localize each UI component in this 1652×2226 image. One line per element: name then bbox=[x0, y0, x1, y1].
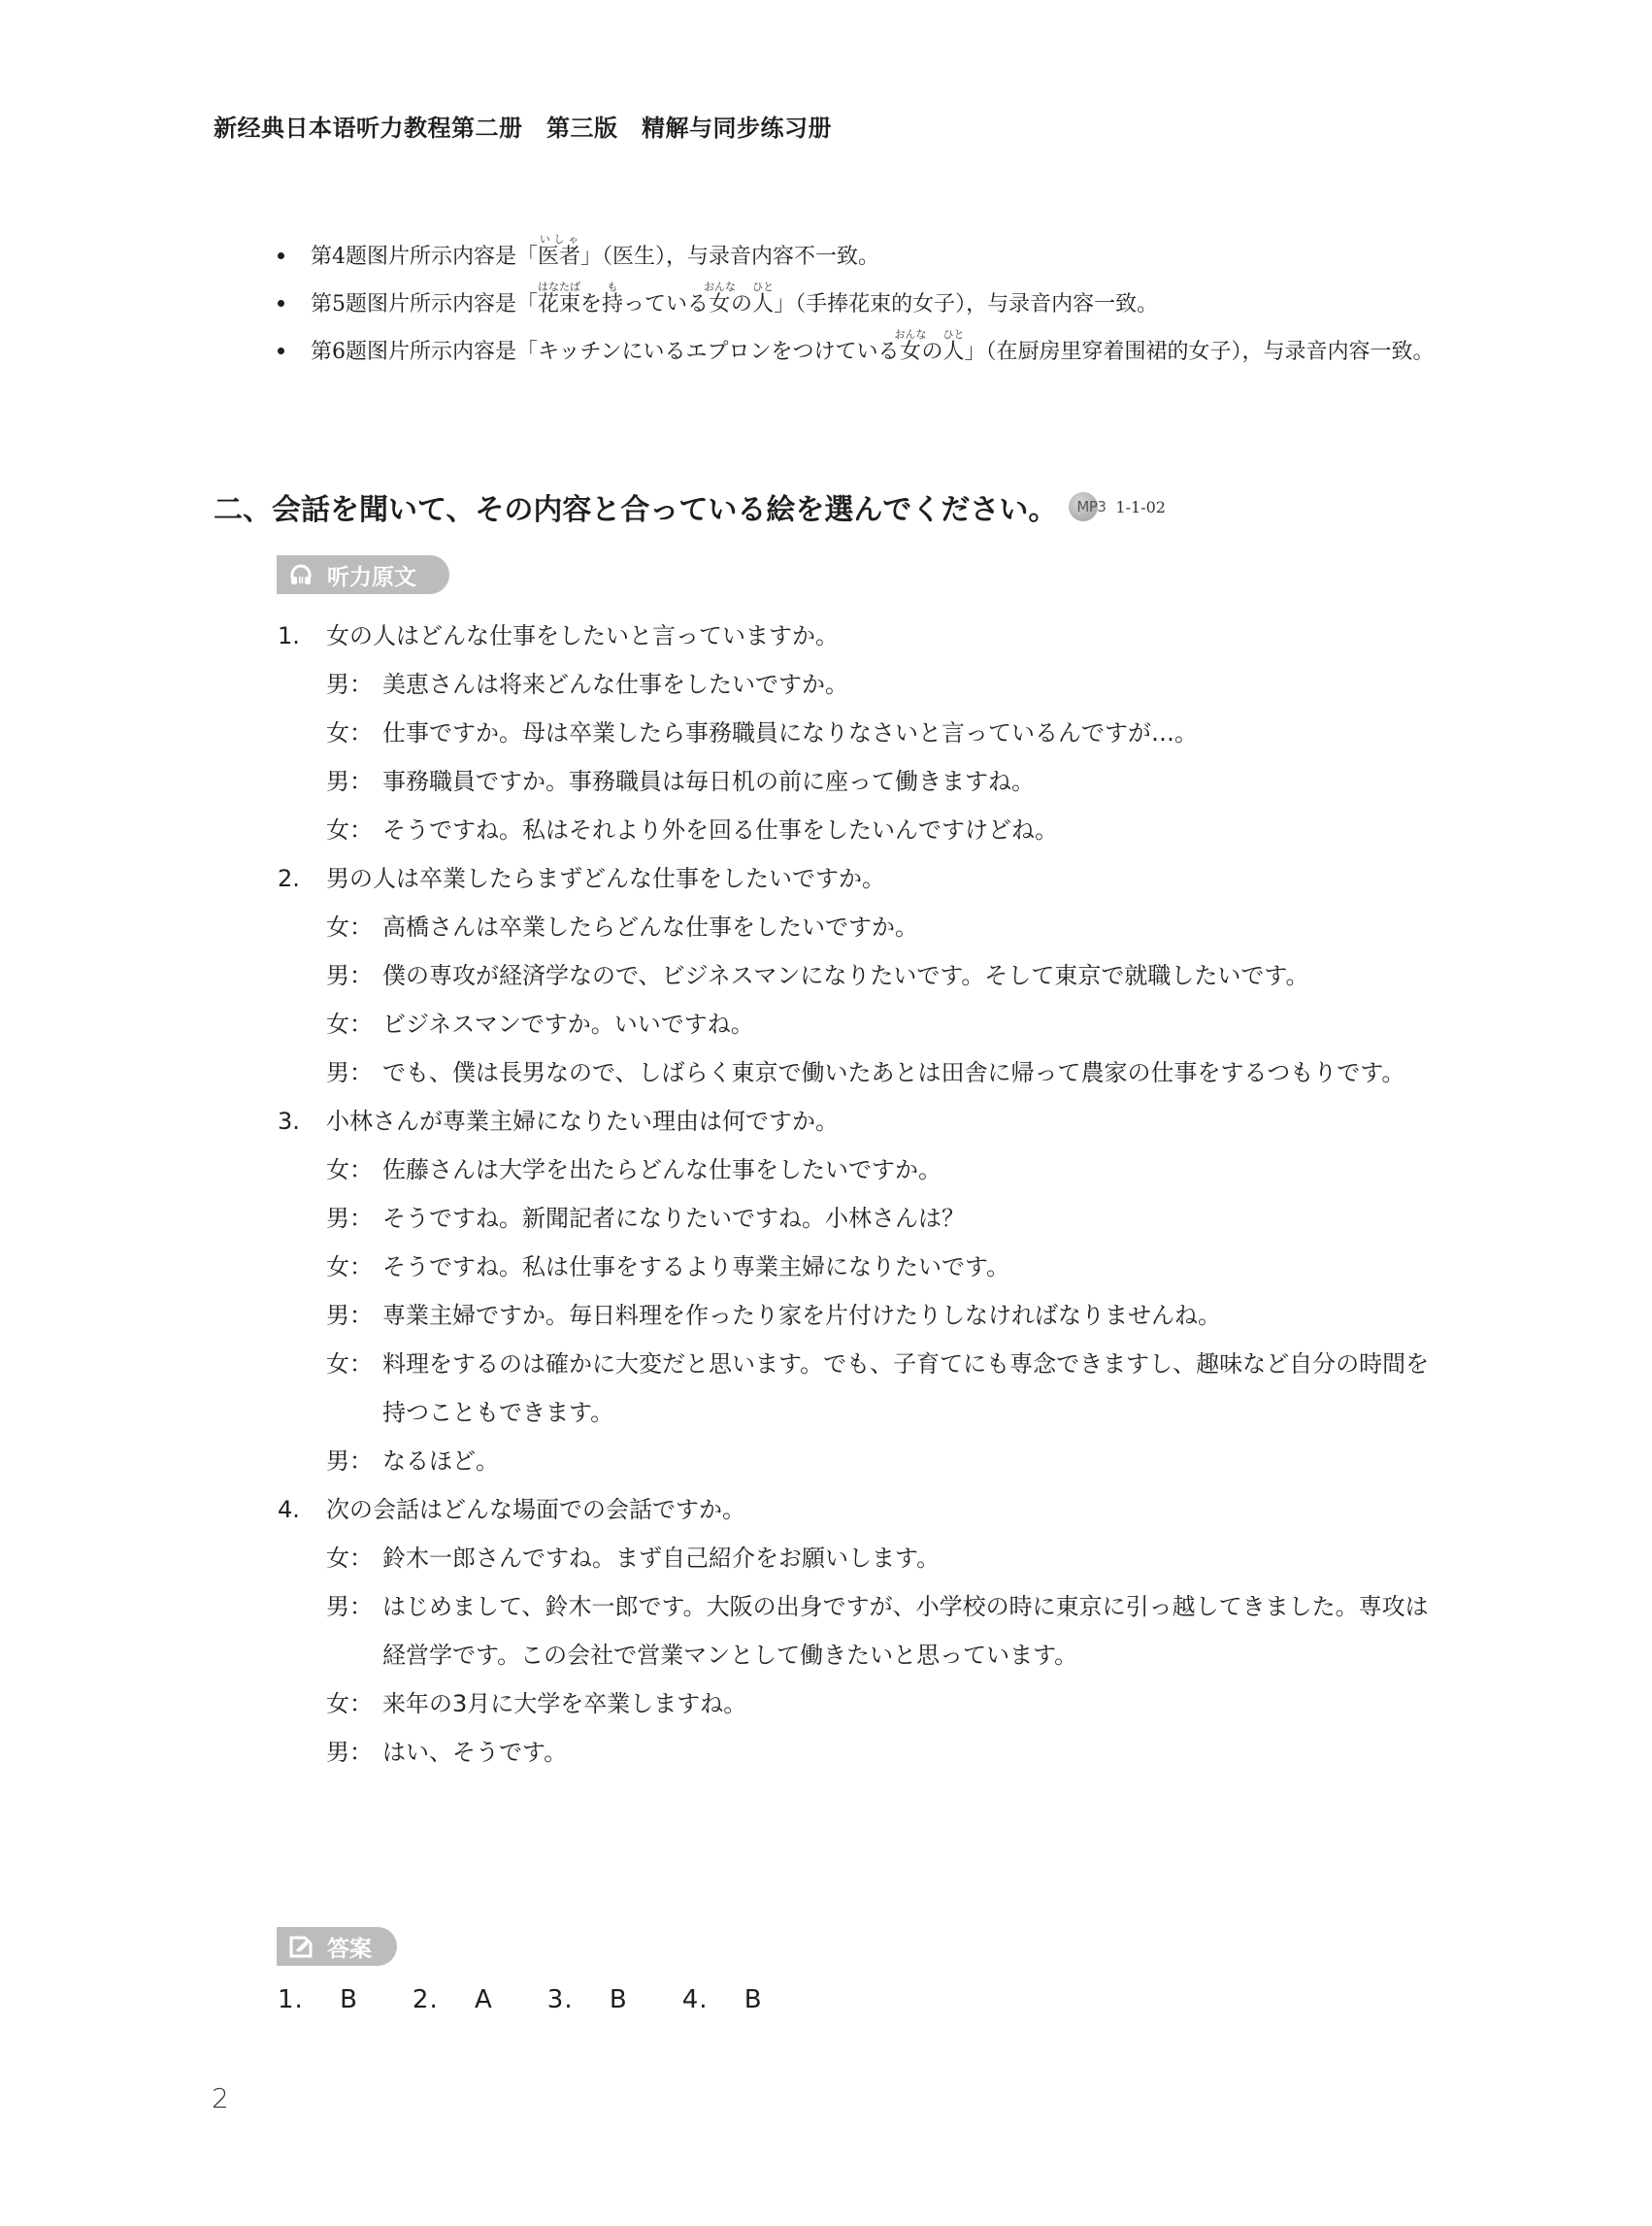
dialogue-text: 料理をするのは確かに大変だと思います。でも、子育てにも専念できますし、趣味など自… bbox=[382, 1340, 1442, 1437]
ruby-base: 持 bbox=[602, 292, 623, 316]
dialogue-line: 女：ビジネスマンですか。いいですね。 bbox=[278, 1000, 1442, 1048]
answer-value: B bbox=[744, 1985, 763, 2014]
answer-number: 4. bbox=[682, 1985, 709, 2014]
transcript-tag: 听力原文 bbox=[277, 555, 449, 594]
ruby-word: 女おんな bbox=[709, 292, 731, 316]
speaker-label: 女： bbox=[326, 1000, 382, 1048]
ruby-word: 持も bbox=[602, 292, 623, 316]
speaker-label: 男： bbox=[326, 1048, 382, 1097]
dialogue-text: そうですね。新聞記者になりたいですね。小林さんは？ bbox=[382, 1194, 1442, 1243]
question-line: 4.次の会話はどんな場面での会話ですか。 bbox=[278, 1485, 1442, 1534]
dialogue-line: 女：佐藤さんは大学を出たらどんな仕事をしたいですか。 bbox=[278, 1146, 1442, 1194]
answer-value: B bbox=[610, 1985, 628, 2014]
speaker-label: 女： bbox=[326, 1243, 382, 1291]
speaker-label: 女： bbox=[326, 903, 382, 951]
explanation-text: 第5题图片所示内容是「 bbox=[311, 292, 538, 316]
question-text: 小林さんが専業主婦になりたい理由は何ですか。 bbox=[326, 1108, 839, 1135]
question-block: 1.女の人はどんな仕事をしたいと言っていますか。男：美恵さんは将来どんな仕事をし… bbox=[278, 612, 1442, 854]
explanation-list: 第4题图片所示内容是「医者いしゃ」（医生），与录音内容不一致。第5题图片所示内容… bbox=[272, 233, 1437, 376]
dialogue-text: はじめまして、鈴木一郎です。大阪の出身ですが、小学校の時に東京に引っ越してきまし… bbox=[382, 1582, 1442, 1679]
bullet-icon bbox=[278, 300, 284, 307]
dialogue-line: 男：僕の専攻が経済学なので、ビジネスマンになりたいです。そして東京で就職したいで… bbox=[278, 951, 1442, 1000]
question-line: 3.小林さんが専業主婦になりたい理由は何ですか。 bbox=[278, 1097, 1442, 1146]
dialogue-text: 僕の専攻が経済学なので、ビジネスマンになりたいです。そして東京で就職したいです。 bbox=[382, 951, 1442, 1000]
explanation-text: っている bbox=[623, 292, 709, 316]
dialogue-line: 男：美恵さんは将来どんな仕事をしたいですか。 bbox=[278, 660, 1442, 709]
dialogue-line: 女：仕事ですか。母は卒業したら事務職員になりなさいと言っているんですが…。 bbox=[278, 709, 1442, 757]
speaker-label: 女： bbox=[326, 1534, 382, 1582]
headphones-icon bbox=[288, 562, 314, 587]
transcript-tag-label: 听力原文 bbox=[327, 559, 416, 591]
question-number: 4. bbox=[278, 1485, 326, 1534]
explanation-text: 第6题图片所示内容是「キッチンにいるエプロンをつけている bbox=[311, 340, 899, 364]
question-text: 男の人は卒業したらまずどんな仕事をしたいですか。 bbox=[326, 865, 885, 892]
bullet-icon bbox=[278, 348, 284, 354]
speaker-label: 男： bbox=[326, 1194, 382, 1243]
speaker-label: 女： bbox=[326, 1340, 382, 1437]
dialogue-text: はい、そうです。 bbox=[382, 1728, 1442, 1777]
answer-tag-label: 答案 bbox=[327, 1931, 372, 1963]
dialogue-text: 来年の3月に大学を卒業しますね。 bbox=[382, 1679, 1442, 1728]
explanation-item: 第4题图片所示内容是「医者いしゃ」（医生），与录音内容不一致。 bbox=[272, 233, 1437, 281]
question-number: 3. bbox=[278, 1097, 326, 1146]
section-title-text: 二、会話を聞いて、その内容と合っている絵を選んでください。 bbox=[214, 485, 1057, 528]
answer-list: 1. B2. A3. B4. B bbox=[278, 1985, 817, 2014]
dialogue-text: そうですね。私は仕事をするより専業主婦になりたいです。 bbox=[382, 1243, 1442, 1291]
page-number: 2 bbox=[212, 2082, 229, 2114]
answer-number: 1. bbox=[278, 1985, 304, 2014]
dialogue-text: 美恵さんは将来どんな仕事をしたいですか。 bbox=[382, 660, 1442, 709]
answer-item: 2. A bbox=[413, 1985, 520, 2014]
mp3-audio-link[interactable]: MP3 1-1-02 bbox=[1069, 492, 1166, 521]
speaker-label: 男： bbox=[326, 660, 382, 709]
explanation-item: 第6题图片所示内容是「キッチンにいるエプロンをつけている女おんなの人ひと」（在厨… bbox=[272, 328, 1437, 376]
explanation-text: 」（在厨房里穿着围裙的女子），与录音内容一致。 bbox=[964, 340, 1434, 364]
speaker-label: 男： bbox=[326, 951, 382, 1000]
dialogue-line: 男：はじめまして、鈴木一郎です。大阪の出身ですが、小学校の時に東京に引っ越してき… bbox=[278, 1582, 1442, 1679]
dialogue-line: 男：はい、そうです。 bbox=[278, 1728, 1442, 1777]
dialogue-line: 女：高橋さんは卒業したらどんな仕事をしたいですか。 bbox=[278, 903, 1442, 951]
explanation-text: 」（医生），与录音内容不一致。 bbox=[580, 245, 879, 269]
bullet-icon bbox=[278, 252, 284, 259]
dialogue-text: 専業主婦ですか。毎日料理を作ったり家を片付けたりしなければなりませんね。 bbox=[382, 1291, 1442, 1340]
explanation-text: を bbox=[580, 292, 602, 316]
furigana: おんな bbox=[894, 328, 926, 341]
question-line: 2.男の人は卒業したらまずどんな仕事をしたいですか。 bbox=[278, 854, 1442, 903]
furigana: いしゃ bbox=[538, 233, 580, 246]
dialogue-line: 女：料理をするのは確かに大変だと思います。でも、子育てにも専念できますし、趣味な… bbox=[278, 1340, 1442, 1437]
answer-item: 3. B bbox=[547, 1985, 655, 2014]
speaker-label: 女： bbox=[326, 709, 382, 757]
ruby-word: 人ひと bbox=[942, 340, 964, 364]
dialogue-text: 事務職員ですか。事務職員は毎日机の前に座って働きますね。 bbox=[382, 757, 1442, 806]
dialogue-line: 男：専業主婦ですか。毎日料理を作ったり家を片付けたりしなければなりませんね。 bbox=[278, 1291, 1442, 1340]
speaker-label: 女： bbox=[326, 1146, 382, 1194]
answer-number: 2. bbox=[413, 1985, 439, 2014]
dialogue-line: 女：そうですね。私はそれより外を回る仕事をしたいんですけどね。 bbox=[278, 806, 1442, 854]
running-header: 新经典日本语听力教程第二册 第三版 精解与同步练习册 bbox=[214, 109, 832, 143]
speaker-label: 男： bbox=[326, 757, 382, 806]
question-block: 2.男の人は卒業したらまずどんな仕事をしたいですか。女：高橋さんは卒業したらどん… bbox=[278, 854, 1442, 1097]
speaker-label: 男： bbox=[326, 1291, 382, 1340]
answer-item: 4. B bbox=[682, 1985, 790, 2014]
dialogue-line: 男：でも、僕は長男なので、しばらく東京で働いたあとは田舎に帰って農家の仕事をする… bbox=[278, 1048, 1442, 1097]
answer-item: 1. B bbox=[278, 1985, 385, 2014]
edit-note-icon bbox=[288, 1934, 314, 1959]
ruby-word: 花束はなたば bbox=[538, 292, 580, 316]
dialogue-line: 女：鈴木一郎さんですね。まず自己紹介をお願いします。 bbox=[278, 1534, 1442, 1582]
dialogue-text: 高橋さんは卒業したらどんな仕事をしたいですか。 bbox=[382, 903, 1442, 951]
explanation-item: 第5题图片所示内容是「花束はなたばを持もっている女おんなの人ひと」（手捧花束的女… bbox=[272, 281, 1437, 328]
audio-cd-icon: MP3 bbox=[1069, 492, 1098, 521]
furigana: おんな bbox=[704, 281, 736, 293]
answer-number: 3. bbox=[547, 1985, 574, 2014]
ruby-word: 医者いしゃ bbox=[538, 245, 580, 269]
dialogue-line: 女：来年の3月に大学を卒業しますね。 bbox=[278, 1679, 1442, 1728]
question-text: 女の人はどんな仕事をしたいと言っていますか。 bbox=[326, 622, 839, 649]
question-block: 4.次の会話はどんな場面での会話ですか。女：鈴木一郎さんですね。まず自己紹介をお… bbox=[278, 1485, 1442, 1777]
furigana: ひと bbox=[752, 281, 774, 293]
ruby-base: 人 bbox=[752, 292, 774, 316]
dialogue-line: 女：そうですね。私は仕事をするより専業主婦になりたいです。 bbox=[278, 1243, 1442, 1291]
ruby-base: 医者 bbox=[538, 245, 580, 269]
dialogue-line: 男：そうですね。新聞記者になりたいですね。小林さんは？ bbox=[278, 1194, 1442, 1243]
dialogue-text: ビジネスマンですか。いいですね。 bbox=[382, 1000, 1442, 1048]
question-line: 1.女の人はどんな仕事をしたいと言っていますか。 bbox=[278, 612, 1442, 660]
question-number: 1. bbox=[278, 612, 326, 660]
dialogue-text: 仕事ですか。母は卒業したら事務職員になりなさいと言っているんですが…。 bbox=[382, 709, 1442, 757]
furigana: はなたば bbox=[538, 281, 580, 293]
dialogue-text: でも、僕は長男なので、しばらく東京で働いたあとは田舎に帰って農家の仕事をするつも… bbox=[382, 1048, 1442, 1097]
dialogue-text: 佐藤さんは大学を出たらどんな仕事をしたいですか。 bbox=[382, 1146, 1442, 1194]
transcript: 1.女の人はどんな仕事をしたいと言っていますか。男：美恵さんは将来どんな仕事をし… bbox=[278, 612, 1442, 1777]
question-number: 2. bbox=[278, 854, 326, 903]
track-code: 1-1-02 bbox=[1115, 498, 1166, 516]
section-heading: 二、会話を聞いて、その内容と合っている絵を選んでください。 MP3 1-1-02 bbox=[214, 485, 1166, 528]
explanation-text: の bbox=[921, 340, 942, 364]
dialogue-text: なるほど。 bbox=[382, 1437, 1442, 1485]
speaker-label: 女： bbox=[326, 806, 382, 854]
dialogue-line: 男：事務職員ですか。事務職員は毎日机の前に座って働きますね。 bbox=[278, 757, 1442, 806]
speaker-label: 男： bbox=[326, 1728, 382, 1777]
question-text: 次の会話はどんな場面での会話ですか。 bbox=[326, 1496, 745, 1523]
speaker-label: 男： bbox=[326, 1582, 382, 1679]
ruby-base: 人 bbox=[942, 340, 964, 364]
explanation-text: 」（手捧花束的女子），与录音内容一致。 bbox=[774, 292, 1158, 316]
answer-tag: 答案 bbox=[277, 1927, 397, 1966]
question-block: 3.小林さんが専業主婦になりたい理由は何ですか。女：佐藤さんは大学を出たらどんな… bbox=[278, 1097, 1442, 1485]
ruby-word: 女おんな bbox=[899, 340, 921, 364]
dialogue-line: 男：なるほど。 bbox=[278, 1437, 1442, 1485]
furigana: ひと bbox=[942, 328, 964, 341]
ruby-word: 人ひと bbox=[752, 292, 774, 316]
ruby-base: 花束 bbox=[538, 292, 580, 316]
answer-value: A bbox=[475, 1985, 493, 2014]
explanation-text: 第4题图片所示内容是「 bbox=[311, 245, 538, 269]
dialogue-text: そうですね。私はそれより外を回る仕事をしたいんですけどね。 bbox=[382, 806, 1442, 854]
speaker-label: 男： bbox=[326, 1437, 382, 1485]
explanation-text: の bbox=[731, 292, 752, 316]
dialogue-text: 鈴木一郎さんですね。まず自己紹介をお願いします。 bbox=[382, 1534, 1442, 1582]
furigana: も bbox=[602, 281, 623, 293]
answer-value: B bbox=[340, 1985, 358, 2014]
speaker-label: 女： bbox=[326, 1679, 382, 1728]
